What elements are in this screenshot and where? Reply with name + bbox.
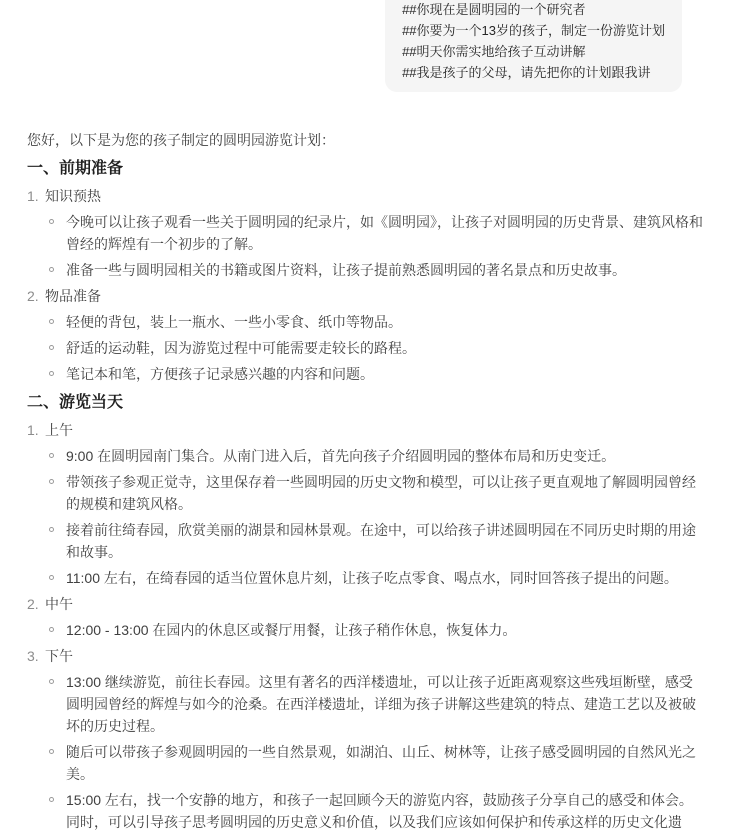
bullet-circle-icon xyxy=(49,627,54,632)
item-number: 2. xyxy=(27,593,45,615)
item-number: 1. xyxy=(27,185,45,207)
bullet-text: 13:00 继续游览，前往长春园。这里有著名的西洋楼遗址，可以让孩子近距离观察这… xyxy=(66,671,705,737)
item-title: 下午 xyxy=(45,645,73,667)
bullet-text: 今晚可以让孩子观看一些关于圆明园的纪录片，如《圆明园》，让孩子对圆明园的历史背景… xyxy=(66,211,705,255)
bullet-text: 11:00 左右，在绮春园的适当位置休息片刻，让孩子吃点零食、喝点水，同时回答孩… xyxy=(66,567,705,589)
bullet-text: 随后可以带孩子参观圆明园的一些自然景观，如湖泊、山丘、树林等，让孩子感受圆明园的… xyxy=(66,741,705,785)
assistant-message: 您好，以下是为您的孩子制定的圆明园游览计划： 一、前期准备 1. 知识预热 今晚… xyxy=(0,92,730,831)
item-title: 物品准备 xyxy=(45,285,101,307)
item-title: 中午 xyxy=(45,593,73,615)
user-message-line: ##你现在是圆明园的一个研究者 xyxy=(402,0,665,20)
bullet-circle-icon xyxy=(49,749,54,754)
bullet-item: 接着前往绮春园，欣赏美丽的湖景和园林景观。在途中，可以给孩子讲述圆明园在不同历史… xyxy=(49,519,705,563)
chat-conversation: ##你现在是圆明园的一个研究者 ##你要为一个13岁的孩子，制定一份游览计划 #… xyxy=(0,0,730,831)
item-title: 知识预热 xyxy=(45,185,101,207)
numbered-item: 1. 上午 xyxy=(27,419,705,441)
numbered-item: 1. 知识预热 xyxy=(27,185,705,207)
bullet-circle-icon xyxy=(49,575,54,580)
bullet-item: 带领孩子参观正觉寺，这里保存着一些圆明园的历史文物和模型，可以让孩子更直观地了解… xyxy=(49,471,705,515)
bullet-text: 接着前往绮春园，欣赏美丽的湖景和园林景观。在途中，可以给孩子讲述圆明园在不同历史… xyxy=(66,519,705,563)
bullet-text: 轻便的背包，装上一瓶水、一些小零食、纸巾等物品。 xyxy=(66,311,705,333)
bullet-item: 15:00 左右，找一个安静的地方，和孩子一起回顾今天的游览内容，鼓励孩子分享自… xyxy=(49,789,705,831)
user-message-line: ##明天你需实地给孩子互动讲解 xyxy=(402,41,665,62)
bullet-item: 11:00 左右，在绮春园的适当位置休息片刻，让孩子吃点零食、喝点水，同时回答孩… xyxy=(49,567,705,589)
bullet-text: 准备一些与圆明园相关的书籍或图片资料，让孩子提前熟悉圆明园的著名景点和历史故事。 xyxy=(66,259,705,281)
numbered-item: 2. 物品准备 xyxy=(27,285,705,307)
bullet-text: 15:00 左右，找一个安静的地方，和孩子一起回顾今天的游览内容，鼓励孩子分享自… xyxy=(66,789,705,831)
bullet-circle-icon xyxy=(49,319,54,324)
bullet-text: 12:00 - 13:00 在园内的休息区或餐厅用餐，让孩子稍作休息，恢复体力。 xyxy=(66,619,705,641)
item-number: 3. xyxy=(27,645,45,667)
bullet-item: 舒适的运动鞋，因为游览过程中可能需要走较长的路程。 xyxy=(49,337,705,359)
bullet-item: 12:00 - 13:00 在园内的休息区或餐厅用餐，让孩子稍作休息，恢复体力。 xyxy=(49,619,705,641)
bullet-item: 轻便的背包，装上一瓶水、一些小零食、纸巾等物品。 xyxy=(49,311,705,333)
bullet-circle-icon xyxy=(49,527,54,532)
bullet-circle-icon xyxy=(49,797,54,802)
bullet-item: 9:00 在圆明园南门集合。从南门进入后，首先向孩子介绍圆明园的整体布局和历史变… xyxy=(49,445,705,467)
user-message-bubble: ##你现在是圆明园的一个研究者 ##你要为一个13岁的孩子，制定一份游览计划 #… xyxy=(385,0,682,92)
bullet-item: 笔记本和笔，方便孩子记录感兴趣的内容和问题。 xyxy=(49,363,705,385)
bullet-item: 随后可以带孩子参观圆明园的一些自然景观，如湖泊、山丘、树林等，让孩子感受圆明园的… xyxy=(49,741,705,785)
numbered-item: 3. 下午 xyxy=(27,645,705,667)
section-heading-preparation: 一、前期准备 xyxy=(27,157,705,181)
bullet-circle-icon xyxy=(49,453,54,458)
bullet-circle-icon xyxy=(49,219,54,224)
bullet-circle-icon xyxy=(49,371,54,376)
item-title: 上午 xyxy=(45,419,73,441)
bullet-text: 带领孩子参观正觉寺，这里保存着一些圆明园的历史文物和模型，可以让孩子更直观地了解… xyxy=(66,471,705,515)
item-number: 1. xyxy=(27,419,45,441)
bullet-circle-icon xyxy=(49,679,54,684)
bullet-circle-icon xyxy=(49,267,54,272)
bullet-circle-icon xyxy=(49,345,54,350)
user-message-line: ##我是孩子的父母，请先把你的计划跟我讲 xyxy=(402,62,665,83)
bullet-item: 今晚可以让孩子观看一些关于圆明园的纪录片，如《圆明园》，让孩子对圆明园的历史背景… xyxy=(49,211,705,255)
bullet-item: 准备一些与圆明园相关的书籍或图片资料，让孩子提前熟悉圆明园的著名景点和历史故事。 xyxy=(49,259,705,281)
user-message-line: ##你要为一个13岁的孩子，制定一份游览计划 xyxy=(402,20,665,41)
item-number: 2. xyxy=(27,285,45,307)
user-message-row: ##你现在是圆明园的一个研究者 ##你要为一个13岁的孩子，制定一份游览计划 #… xyxy=(0,0,730,92)
section-heading-visit-day: 二、游览当天 xyxy=(27,391,705,415)
bullet-circle-icon xyxy=(49,479,54,484)
bullet-item: 13:00 继续游览，前往长春园。这里有著名的西洋楼遗址，可以让孩子近距离观察这… xyxy=(49,671,705,737)
bullet-text: 9:00 在圆明园南门集合。从南门进入后，首先向孩子介绍圆明园的整体布局和历史变… xyxy=(66,445,705,467)
bullet-text: 笔记本和笔，方便孩子记录感兴趣的内容和问题。 xyxy=(66,363,705,385)
bullet-text: 舒适的运动鞋，因为游览过程中可能需要走较长的路程。 xyxy=(66,337,705,359)
numbered-item: 2. 中午 xyxy=(27,593,705,615)
assistant-intro: 您好，以下是为您的孩子制定的圆明园游览计划： xyxy=(27,129,705,151)
